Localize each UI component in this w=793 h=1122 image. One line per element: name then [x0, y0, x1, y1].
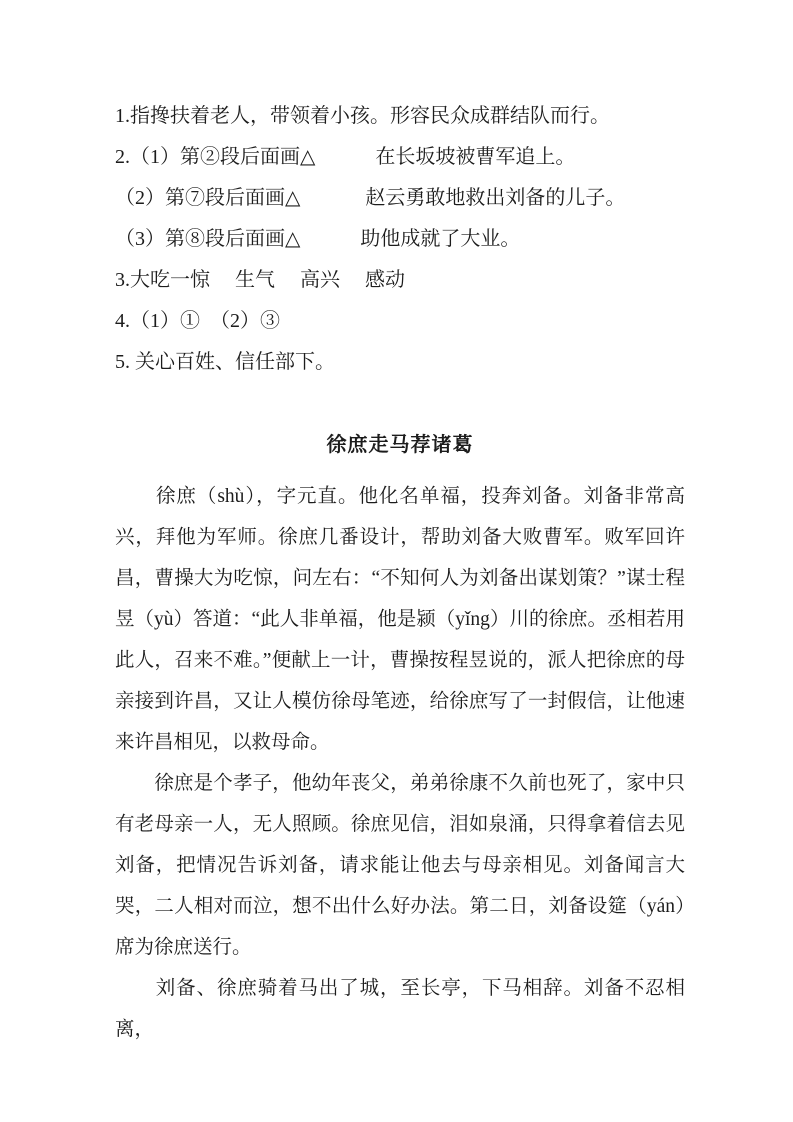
article-paragraph-3: 刘备、徐庶骑着马出了城，至长亭，下马相辞。刘备不忍相离，	[115, 968, 685, 1050]
article-paragraph-1: 徐庶（shù），字元直。他化名单福，投奔刘备。刘备非常高兴，拜他为军师。徐庶几番…	[115, 476, 685, 763]
document-page: 1.指搀扶着老人，带领着小孩。形容民众成群结队而行。 2.（1）第②段后面画△ …	[0, 0, 793, 1122]
answer-line-2: 2.（1）第②段后面画△ 在长坂坡被曹军追上。	[115, 137, 685, 178]
answer-line-6: 4.（1）① （2）③	[115, 301, 685, 342]
answer-line-3: （2）第⑦段后面画△ 赵云勇敢地救出刘备的儿子。	[115, 178, 685, 219]
blank-line	[115, 383, 685, 424]
answer-line-7: 5. 关心百姓、信任部下。	[115, 342, 685, 383]
answer-line-1: 1.指搀扶着老人，带领着小孩。形容民众成群结队而行。	[115, 96, 685, 137]
document-content: 1.指搀扶着老人，带领着小孩。形容民众成群结队而行。 2.（1）第②段后面画△ …	[115, 96, 685, 1050]
answer-line-5: 3.大吃一惊 生气 高兴 感动	[115, 260, 685, 301]
article-title: 徐庶走马荐诸葛	[115, 424, 685, 465]
answer-line-4: （3）第⑧段后面画△ 助他成就了大业。	[115, 219, 685, 260]
article-paragraph-2: 徐庶是个孝子，他幼年丧父，弟弟徐康不久前也死了，家中只有老母亲一人，无人照顾。徐…	[115, 763, 685, 968]
